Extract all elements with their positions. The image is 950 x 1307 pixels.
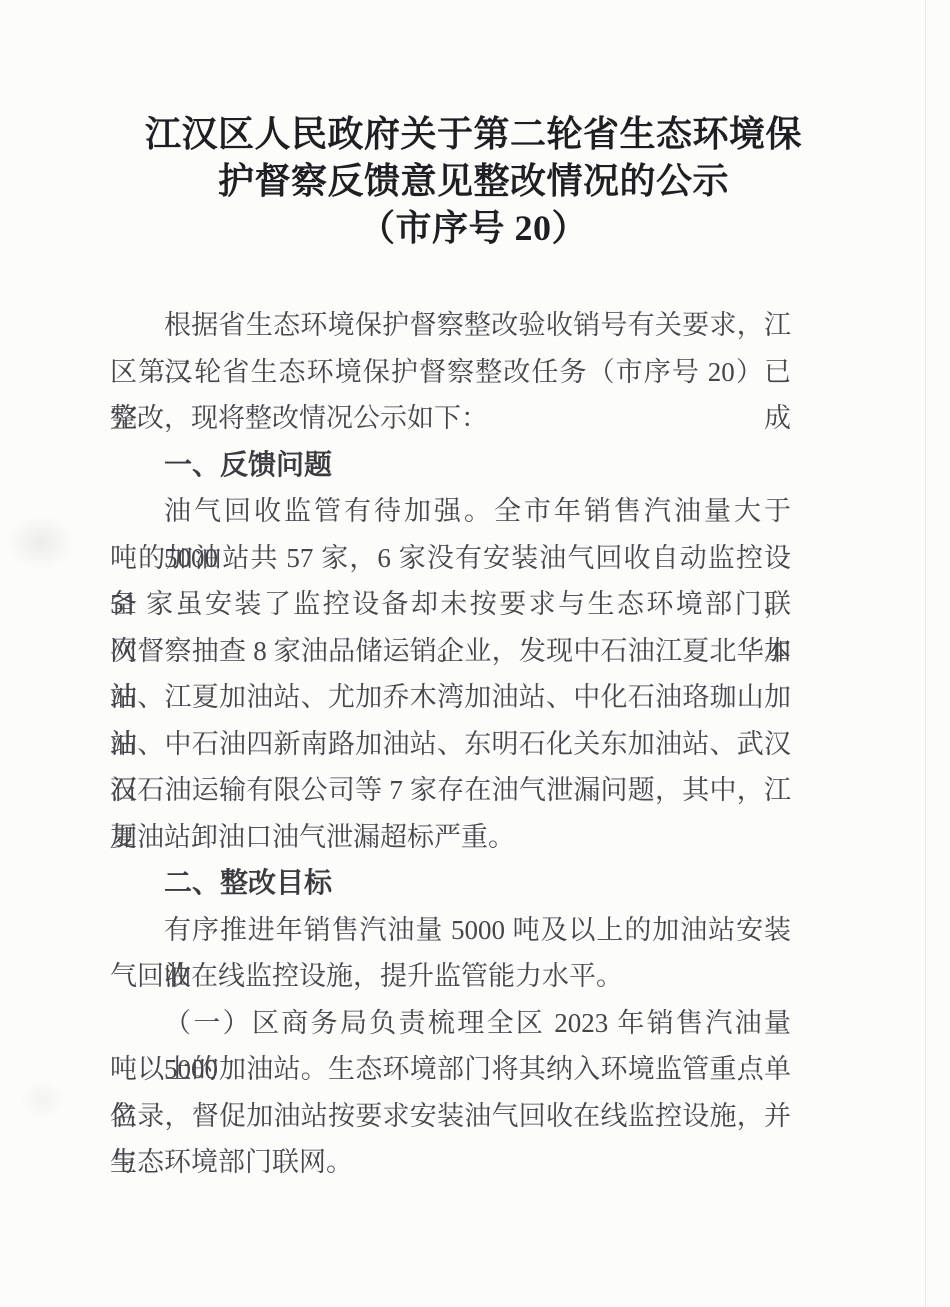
paragraph-line: 区第二轮省生态环境保护督察整改任务（市序号 20）已完成	[110, 349, 791, 396]
paragraph-line: 51 家虽安装了监控设备却未按要求与生态环境部门联网。本	[110, 581, 791, 628]
title-serial-number: （市序号 20）	[133, 205, 814, 252]
scan-smudge-artifact	[6, 515, 76, 570]
document-body: 根据省生态环境保护督察整改验收销号有关要求，江汉 区第二轮省生态环境保护督察整改…	[110, 302, 791, 1186]
paragraph-line: 吨的加油站共 57 家，6 家没有安装油气回收自动监控设备，	[110, 535, 791, 582]
document-title: 江汉区人民政府关于第二轮省生态环境保 护督察反馈意见整改情况的公示 （市序号 2…	[133, 111, 814, 252]
paragraph-line: 站、江夏加油站、尤加乔木湾加油站、中化石油珞珈山加油	[110, 674, 791, 721]
paragraph-line: 吨以上的加油站。生态环境部门将其纳入环境监管重点单位	[110, 1046, 791, 1093]
paragraph-line: 次督察抽查 8 家油品储运销企业，发现中石油江夏北华加油	[110, 628, 791, 675]
title-line-2: 护督察反馈意见整改情况的公示	[133, 158, 814, 205]
paragraph-line: 有序推进年销售汽油量 5000 吨及以上的加油站安装油	[110, 907, 791, 954]
section-heading-rectification-goal: 二、整改目标	[110, 860, 791, 907]
paragraph-line: 名录，督促加油站按要求安装油气回收在线监控设施，并与	[110, 1093, 791, 1140]
document-page: 江汉区人民政府关于第二轮省生态环境保 护督察反馈意见整改情况的公示 （市序号 2…	[0, 0, 950, 1307]
paragraph-line: 生态环境部门联网。	[110, 1139, 791, 1186]
paragraph-line: （一）区商务局负责梳理全区 2023 年销售汽油量 5000	[110, 1000, 791, 1047]
paragraph-line: 根据省生态环境保护督察整改验收销号有关要求，江汉	[110, 302, 791, 349]
paragraph-line: 气回收在线监控设施，提升监管能力水平。	[110, 953, 791, 1000]
scan-smudge-artifact-2	[20, 1080, 65, 1120]
paragraph-line: 加油站卸油口油气泄漏超标严重。	[110, 814, 791, 861]
paragraph-line: 石石油运输有限公司等 7 家存在油气泄漏问题，其中，江夏	[110, 767, 791, 814]
section-heading-feedback-problem: 一、反馈问题	[110, 442, 791, 489]
title-line-1: 江汉区人民政府关于第二轮省生态环境保	[133, 111, 814, 158]
paragraph-line: 站、中石油四新南路加油站、东明石化关东加油站、武汉汉	[110, 721, 791, 768]
scan-edge-artifact	[925, 0, 926, 1307]
paragraph-line: 油气回收监管有待加强。全市年销售汽油量大于 5000	[110, 488, 791, 535]
